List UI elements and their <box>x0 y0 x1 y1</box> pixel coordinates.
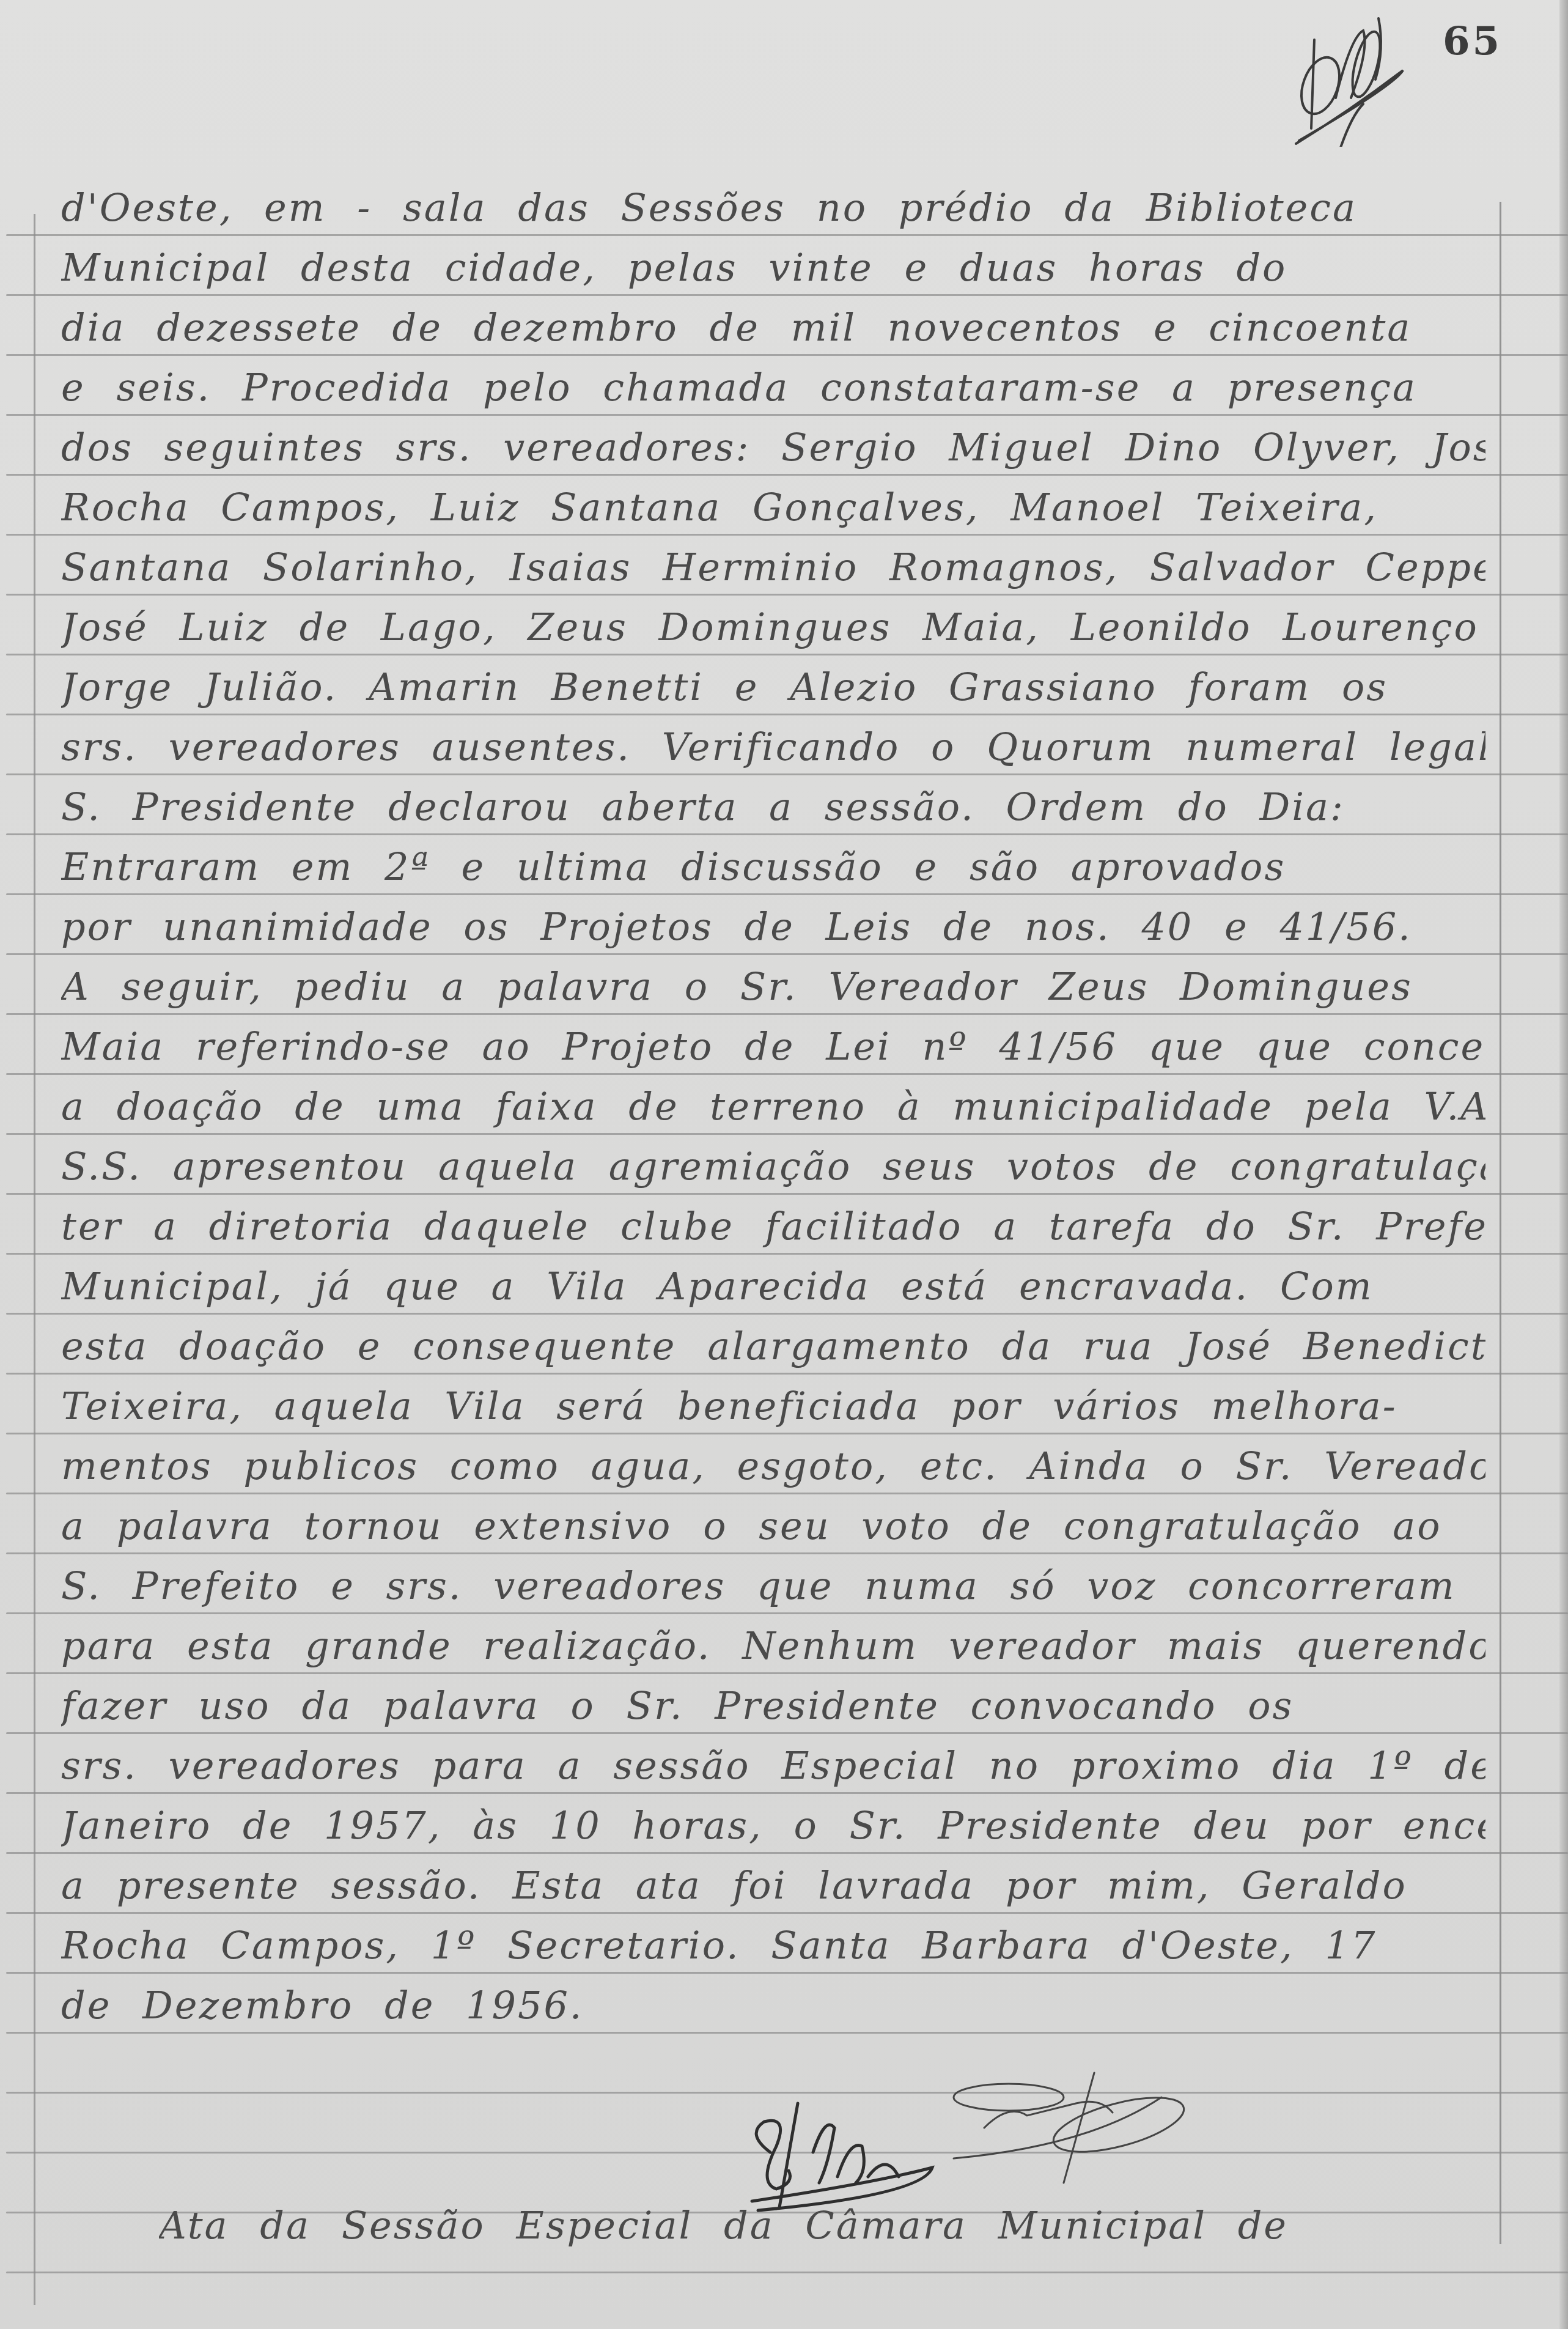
signatures <box>721 2061 1198 2268</box>
text-line: a doação de uma faixa de terreno à munic… <box>61 1082 1485 1131</box>
text-line: Rocha Campos, Luiz Santana Gonçalves, Ma… <box>61 483 1485 532</box>
text-line: fazer uso da palavra o Sr. Presidente co… <box>61 1681 1485 1730</box>
text-line: a palavra tornou extensivo o seu voto de… <box>61 1502 1485 1551</box>
text-line: esta doação e consequente alargamento da… <box>61 1322 1485 1371</box>
text-line: ter a diretoria daquele clube facilitado… <box>61 1202 1485 1251</box>
text-line: Santana Solarinho, Isaias Herminio Romag… <box>61 543 1485 592</box>
text-line: Maia referindo-se ao Projeto de Lei nº 4… <box>61 1022 1485 1071</box>
text-line: a presente sessão. Esta ata foi lavrada … <box>61 1861 1485 1910</box>
text-line: A seguir, pediu a palavra o Sr. Vereador… <box>61 962 1485 1011</box>
text-line: dia dezessete de dezembro de mil novecen… <box>61 303 1485 352</box>
text-line: para esta grande realização. Nenhum vere… <box>61 1622 1485 1670</box>
text-line: Jorge Julião. Amarin Benetti e Alezio Gr… <box>61 663 1485 712</box>
text-line: Rocha Campos, 1º Secretario. Santa Barba… <box>61 1921 1485 1970</box>
document-page: 65 d'Oeste, em - sala das Sessões no pré… <box>0 0 1568 2329</box>
text-line: Municipal, já que a Vila Aparecida está … <box>61 1262 1485 1311</box>
text-line: S. Prefeito e srs. vereadores que numa s… <box>61 1562 1485 1611</box>
text-line: srs. vereadores para a sessão Especial n… <box>61 1741 1485 1790</box>
text-line: José Luiz de Lago, Zeus Domingues Maia, … <box>61 603 1485 652</box>
text-line: Municipal desta cidade, pelas vinte e du… <box>61 243 1485 292</box>
text-line: dos seguintes srs. vereadores: Sergio Mi… <box>61 423 1485 472</box>
text-line: Janeiro de 1957, às 10 horas, o Sr. Pres… <box>61 1801 1485 1850</box>
text-line: mentos publicos como agua, esgoto, etc. … <box>61 1442 1485 1491</box>
text-line: S. Presidente declarou aberta a sessão. … <box>61 783 1485 832</box>
text-line: S.S. apresentou aquela agremiação seus v… <box>61 1142 1485 1191</box>
signature-bernardo-icon <box>954 2073 1189 2183</box>
text-line: de Dezembro de 1956. <box>61 1981 1485 2030</box>
text-line: Entraram em 2ª e ultima discussão e são … <box>61 843 1485 891</box>
text-line: d'Oeste, em - sala das Sessões no prédio… <box>61 183 1485 232</box>
text-line: por unanimidade os Projetos de Leis de n… <box>61 902 1485 951</box>
text-line: Teixeira, aquela Vila será beneficiada p… <box>61 1382 1485 1431</box>
handwritten-text: d'Oeste, em - sala das Sessões no prédio… <box>0 0 1568 2329</box>
text-line: srs. vereadores ausentes. Verificando o … <box>61 723 1485 772</box>
signature-salvo-icon <box>721 2061 1198 2268</box>
text-line: e seis. Procedida pelo chamada constatar… <box>61 363 1485 412</box>
